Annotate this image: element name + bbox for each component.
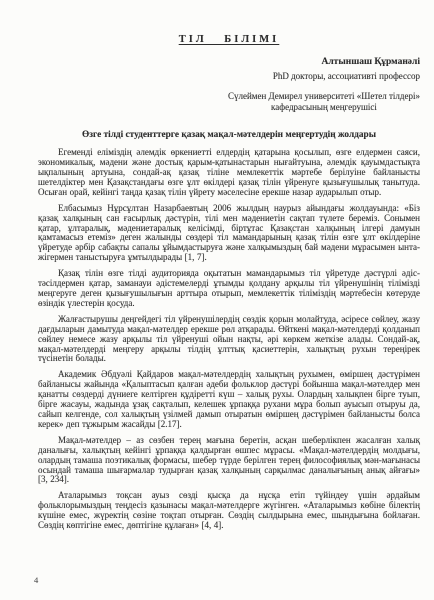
section-header: ТІЛ БІЛІМІ xyxy=(38,34,420,45)
paragraph: Егеменді еліміздің әлемдік өркениетті ел… xyxy=(38,148,420,198)
paragraph: Аталарымыз тоқсан ауыз сөзді қысқа да нұ… xyxy=(38,491,420,531)
page-number: 4 xyxy=(34,575,38,585)
paragraph: Академик Әбдуәлі Қайдаров мақал-мәтелдер… xyxy=(38,370,420,429)
paragraph: Елбасымыз Нұрсұлтан Назарбаевтың 2006 жы… xyxy=(38,204,420,263)
byline-block: Алтыншаш Құрманәлі PhD докторы, ассоциат… xyxy=(38,57,420,112)
paragraph: Мақал-мәтелдер – аз сөзбен терең мағына … xyxy=(38,436,420,486)
article-body: Егеменді еліміздің әлемдік өркениетті ел… xyxy=(38,148,420,531)
scanned-journal-page: ТІЛ БІЛІМІ Алтыншаш Құрманәлі PhD доктор… xyxy=(0,0,434,600)
affiliation-line-2: кафедрасының меңгерушісі xyxy=(228,102,420,113)
affiliation-line-1: Сүлеймен Демирел университеті «Шетел тіл… xyxy=(228,91,420,102)
author-title: PhD докторы, ассоциативті профессор xyxy=(38,71,420,81)
author-affiliation: Сүлеймен Демирел университеті «Шетел тіл… xyxy=(228,91,420,112)
paragraph: Қазақ тілін өзге тілді аудиторияда оқыта… xyxy=(38,269,420,309)
paragraph: Жалғастырушы деңгейдегі тіл үйренушілерд… xyxy=(38,315,420,365)
author-name: Алтыншаш Құрманәлі xyxy=(38,57,420,67)
article-title: Өзге тілді студенттерге қазақ мақал-мәте… xyxy=(38,130,420,140)
